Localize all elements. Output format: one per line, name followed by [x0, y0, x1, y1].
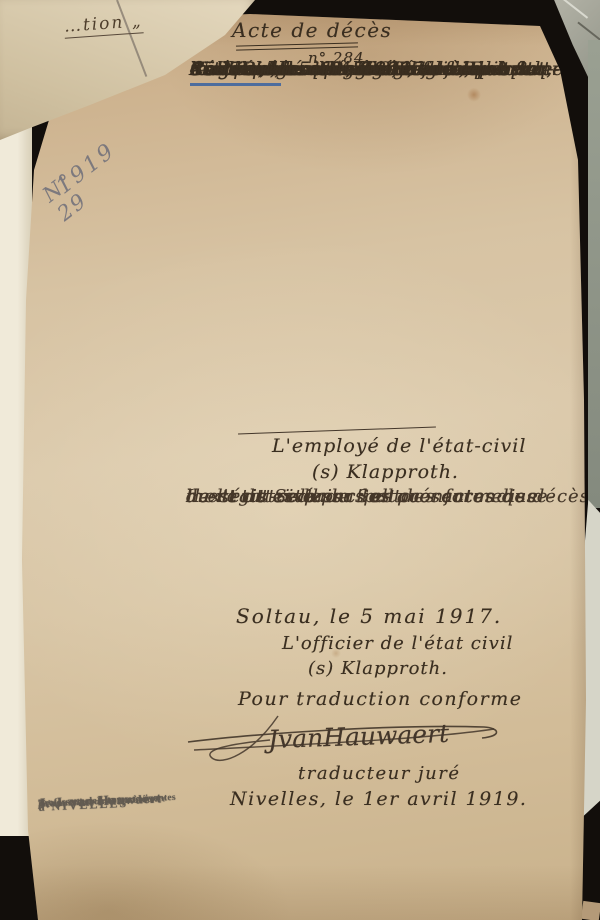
attestation-line: ment de Soltau. [186, 484, 345, 509]
officer-role: L'officier de l'état civil [282, 633, 513, 654]
translator-role: traducteur juré [298, 763, 461, 784]
registrar-role: L'employé de l'état-civil [272, 435, 526, 457]
body-line: midi [190, 58, 236, 82]
table-surface-edge [588, 40, 600, 508]
translation-certification: Pour traduction conforme [238, 688, 522, 710]
document-title: Acte de décès [232, 18, 392, 42]
translation-place-date: Nivelles, le 1er avril 1919. [230, 788, 527, 810]
closing-place-date: Soltau, le 5 mai 1917. [236, 604, 502, 628]
registrar-signature: (s) Klapproth. [312, 461, 459, 483]
paper-scrap [581, 901, 600, 920]
photo-of-document: Acte de décès n° 284 Soltau, le 5 avril … [0, 0, 600, 920]
body-line: dix-sept à sept heures de l'avant- [190, 58, 542, 82]
stamp-city: à NIVELLES [38, 796, 128, 815]
translator-ink-stamp: J.-J. van Hauwaert Professeur de Langues… [38, 789, 214, 797]
officer-signature: (s) Klapproth. [308, 658, 448, 679]
death-certificate-page: Acte de décès n° 284 Soltau, le 5 avril … [0, 0, 600, 920]
